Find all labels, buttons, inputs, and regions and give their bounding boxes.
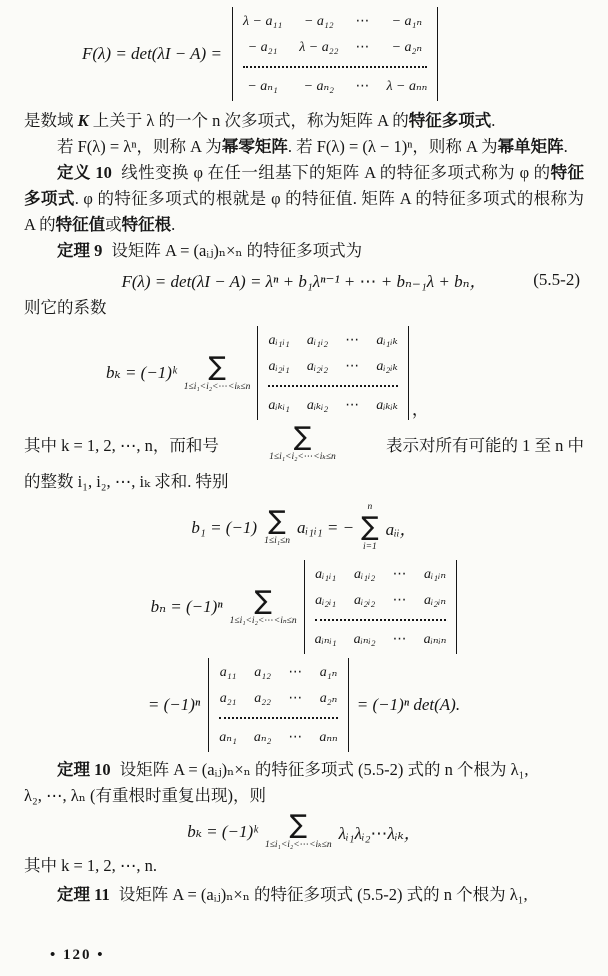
matrix-cell: λ − a₁₁	[243, 14, 282, 30]
matrix-cell: aᵢ₂ᵢ₂	[307, 359, 328, 375]
matrix-cell: − aₙ₁	[247, 78, 278, 95]
definition-10-text: 或	[105, 215, 122, 234]
matrix-cell: ⋯	[393, 566, 407, 583]
matrix-cell: a₂ₙ	[320, 690, 338, 707]
matrix-cell: ⋯	[288, 664, 302, 681]
matrix-cell: aᵢ₂ᵢ₁	[315, 593, 336, 609]
determinant-matrix-A: a₁₁ a₁₂ ⋯ a₁ₙ a₂₁ a₂₂ ⋯ a₂ₙ aₙ₁ aₙ₂ ⋯ aₙ…	[208, 658, 348, 752]
matrix-cell: a₁₂	[254, 665, 271, 681]
matrix-ellipsis-row	[315, 619, 447, 621]
matrix-cell: ⋯	[288, 729, 302, 746]
summation-limits: i=1	[363, 542, 377, 553]
matrix-cell: aᵢ₂ᵢ₂	[354, 593, 375, 609]
matrix-cell: λ − a₂₂	[299, 40, 338, 56]
definition-10-text: 线性变换 φ 在任一组基下的矩阵 A 的特征多项式称为 φ 的	[121, 163, 551, 182]
definition-10: 定义 10线性变换 φ 在任一组基下的矩阵 A 的特征多项式称为 φ 的特征多项…	[24, 160, 584, 238]
matrix-cell: ⋯	[345, 397, 359, 414]
textbook-page: F(λ) = det(λI − A) = λ − a₁₁ − a₁₂ ⋯ − a…	[0, 0, 608, 976]
theorem-11-heading: 定理 11	[57, 885, 110, 904]
equation-rhs: = (−1)ⁿ det(A).	[357, 695, 460, 715]
sigma-icon: ∑	[294, 424, 312, 450]
matrix-cell: − a₂ₙ	[392, 39, 423, 56]
theorem-9-heading: 定理 9	[57, 241, 102, 260]
matrix-cell: ⋯	[393, 631, 407, 648]
matrix-cell: aₙ₂	[254, 729, 272, 746]
sigma-icon: ∑	[208, 354, 226, 380]
matrix-cell: a₁ₙ	[320, 664, 338, 681]
equation-lhs: bₙ = (−1)ⁿ	[151, 597, 223, 617]
summation: ∑ 1≤i₁<i₂<⋯<iₙ≤n	[230, 588, 297, 627]
equation-bk-roots: bₖ = (−1)ᵏ ∑ 1≤i₁<i₂<⋯<iₖ≤n λᵢ₁λᵢ₂⋯λᵢₖ，	[0, 812, 608, 851]
matrix-cell: aᵢ₂ᵢₙ	[424, 592, 446, 609]
matrix-cell: aᵢₖᵢₖ	[376, 397, 398, 414]
paragraph-sum-note-line2: 的整数 i₁, i₂, ⋯, iₖ 求和. 特别	[24, 469, 584, 495]
intro-text: 是数域	[24, 111, 78, 130]
matrix-cell: − a₂₁	[248, 40, 278, 56]
field-symbol: K	[78, 111, 89, 130]
summation-limits: 1≤i₁<i₂<⋯<iₖ≤n	[269, 452, 336, 463]
equation-tag: (5.5-2)	[533, 270, 580, 290]
matrix-cell: ⋯	[355, 13, 369, 30]
summation: ∑ 1≤i₁<i₂<⋯<iₖ≤n	[269, 424, 336, 463]
summation: n ∑ i=1	[361, 502, 379, 553]
nilpotent-text: . 若 F(λ) = (λ − 1)ⁿ，则称 A 为	[288, 137, 498, 156]
equation-lhs: b₁ = (−1)	[191, 518, 257, 538]
matrix-cell: λ − aₙₙ	[386, 78, 427, 95]
theorem-9-text: 设矩阵 A = (aᵢⱼ)ₙ×ₙ 的特征多项式为	[111, 241, 362, 260]
equation-lhs: bₖ = (−1)ᵏ	[187, 822, 258, 842]
equation-det-A: = (−1)ⁿ a₁₁ a₁₂ ⋯ a₁ₙ a₂₁ a₂₂ ⋯ a₂ₙ aₙ₁ …	[0, 658, 608, 752]
matrix-cell: a₂₂	[254, 691, 271, 707]
matrix-cell: a₁₁	[220, 665, 237, 681]
theorem-10-line2: λ₂, ⋯, λₙ (有重根时重复出现)，则	[24, 783, 584, 809]
equation-body: F(λ) = det(λI − A) = λⁿ + b₁λⁿ⁻¹ + ⋯ + b…	[121, 267, 486, 292]
intro-text: 上关于 λ 的一个 n 次多项式，称为矩阵 A 的	[89, 111, 409, 130]
summation-limits: 1≤i₁<i₂<⋯<iₙ≤n	[230, 616, 297, 627]
matrix-cell: a₂₁	[220, 691, 237, 707]
theorem-10-text: λ₂, ⋯, λₙ (有重根时重复出现)，则	[24, 786, 266, 805]
summation-limits: 1≤i₁<i₂<⋯<iₖ≤n	[184, 382, 251, 393]
matrix-cell: aᵢₙᵢ₂	[354, 631, 376, 648]
equation-lhs: F(λ) = det(λI − A) =	[82, 44, 222, 64]
theorem-9: 定理 9设矩阵 A = (aᵢⱼ)ₙ×ₙ 的特征多项式为	[24, 238, 584, 264]
equation-lhs: = (−1)ⁿ	[148, 695, 200, 715]
paragraph-nilpotent: 若 F(λ) = λⁿ，则称 A 为幂零矩阵. 若 F(λ) = (λ − 1)…	[24, 134, 584, 160]
matrix-cell: aᵢ₁ᵢ₁	[269, 333, 290, 349]
matrix-ellipsis-row	[268, 385, 397, 387]
matrix-ellipsis-row	[243, 66, 427, 68]
matrix-cell: − a₁ₙ	[392, 13, 423, 30]
matrix-cell: aᵢ₁ᵢ₂	[307, 333, 328, 349]
equation-b1: b₁ = (−1) ∑ 1≤i₁≤n aᵢ₁ᵢ₁ = − n ∑ i=1 aᵢᵢ…	[0, 502, 608, 553]
summation: ∑ 1≤i₁<i₂<⋯<iₖ≤n	[265, 812, 332, 851]
term-characteristic-root: 特征根	[122, 215, 172, 234]
matrix-cell: aₙₙ	[319, 729, 337, 746]
theorem-10-heading: 定理 10	[57, 760, 111, 779]
sum-note-text: 其中 k = 1, 2, ⋯, n，而和号	[24, 432, 219, 456]
matrix-cell: − a₁₂	[304, 14, 334, 30]
matrix-cell: ⋯	[345, 332, 359, 349]
matrix-cell: aᵢ₁ᵢₖ	[376, 332, 397, 349]
paragraph-intro: 是数域 K 上关于 λ 的一个 n 次多项式，称为矩阵 A 的特征多项式.	[24, 108, 584, 134]
equation-bk: bₖ = (−1)ᵏ ∑ 1≤i₁<i₂<⋯<iₖ≤n aᵢ₁ᵢ₁ aᵢ₁ᵢ₂ …	[0, 326, 608, 420]
determinant-matrix-bn: aᵢ₁ᵢ₁ aᵢ₁ᵢ₂ ⋯ aᵢ₁ᵢₙ aᵢ₂ᵢ₁ aᵢ₂ᵢ₂ ⋯ aᵢ₂ᵢₙ …	[304, 560, 458, 654]
summation-limits: 1≤i₁≤n	[264, 536, 290, 547]
matrix-cell: aₙ₁	[219, 729, 237, 746]
theorem-10-text: 设矩阵 A = (aᵢⱼ)ₙ×ₙ 的特征多项式 (5.5-2) 式的 n 个根为…	[120, 760, 529, 779]
matrix-cell: aᵢₖᵢ₂	[307, 397, 328, 414]
matrix-cell: aᵢ₁ᵢ₂	[354, 567, 375, 583]
sigma-icon: ∑	[254, 588, 272, 614]
theorem-10-line1: 定理 10设矩阵 A = (aᵢⱼ)ₙ×ₙ 的特征多项式 (5.5-2) 式的 …	[24, 757, 584, 783]
k-range-text: 其中 k = 1, 2, ⋯, n.	[24, 856, 157, 875]
equation-characteristic-polynomial: F(λ) = det(λI − A) = λ − a₁₁ − a₁₂ ⋯ − a…	[0, 7, 608, 101]
equation-5-5-2: F(λ) = det(λI − A) = λⁿ + b₁λⁿ⁻¹ + ⋯ + b…	[0, 267, 608, 292]
definition-10-heading: 定义 10	[57, 163, 112, 182]
sigma-icon: ∑	[361, 514, 379, 540]
summation: ∑ 1≤i₁<i₂<⋯<iₖ≤n	[184, 354, 251, 393]
matrix-cell: ⋯	[288, 690, 302, 707]
coefficients-text: 则它的系数	[24, 298, 107, 317]
matrix-cell: − aₙ₂	[304, 78, 335, 95]
equation-comma: ，	[412, 395, 429, 420]
equation-mid: aᵢ₁ᵢ₁ = −	[297, 518, 354, 538]
matrix-cell: ⋯	[393, 592, 407, 609]
matrix-cell: ⋯	[345, 358, 359, 375]
definition-10-text: .	[171, 215, 175, 234]
term-characteristic-polynomial: 特征多项式	[409, 111, 492, 130]
equation-lhs: bₖ = (−1)ᵏ	[106, 363, 177, 383]
matrix-ellipsis-row	[219, 717, 337, 719]
matrix-cell: aᵢₖᵢ₁	[268, 397, 289, 414]
theorem-11-text: 设矩阵 A = (aᵢⱼ)ₙ×ₙ 的特征多项式 (5.5-2) 式的 n 个根为…	[119, 885, 528, 904]
equation-rhs: λᵢ₁λᵢ₂⋯λᵢₖ，	[339, 819, 421, 844]
matrix-cell: aᵢ₁ᵢₙ	[424, 566, 446, 583]
nilpotent-text: 若 F(λ) = λⁿ，则称 A 为	[57, 137, 222, 156]
equation-rhs: aᵢᵢ，	[386, 515, 417, 540]
term-eigenvalue: 特征值	[56, 215, 106, 234]
paragraph-k-range: 其中 k = 1, 2, ⋯, n.	[24, 853, 584, 879]
matrix-cell: aᵢ₂ᵢₖ	[376, 358, 397, 375]
term-unipotent-matrix: 幂单矩阵	[498, 137, 564, 156]
paragraph-sum-note-line1: 其中 k = 1, 2, ⋯, n，而和号 ∑ 1≤i₁<i₂<⋯<iₖ≤n 表…	[24, 424, 584, 463]
nilpotent-text: .	[564, 137, 568, 156]
sigma-icon: ∑	[290, 812, 308, 838]
term-nilpotent-matrix: 幂零矩阵	[222, 137, 288, 156]
equation-bn: bₙ = (−1)ⁿ ∑ 1≤i₁<i₂<⋯<iₙ≤n aᵢ₁ᵢ₁ aᵢ₁ᵢ₂ …	[0, 560, 608, 654]
matrix-cell: aᵢₙᵢₙ	[424, 631, 447, 648]
intro-text: .	[491, 111, 495, 130]
sigma-icon: ∑	[268, 508, 286, 534]
theorem-11: 定理 11设矩阵 A = (aᵢⱼ)ₙ×ₙ 的特征多项式 (5.5-2) 式的 …	[24, 882, 584, 908]
matrix-cell: aᵢₙᵢ₁	[315, 631, 337, 648]
paragraph-coefficients: 则它的系数	[24, 295, 584, 321]
page-number: • 120 •	[50, 947, 105, 964]
matrix-cell: aᵢ₁ᵢ₁	[315, 567, 336, 583]
determinant-matrix-char-poly: λ − a₁₁ − a₁₂ ⋯ − a₁ₙ − a₂₁ λ − a₂₂ ⋯ − …	[232, 7, 438, 101]
determinant-matrix-bk: aᵢ₁ᵢ₁ aᵢ₁ᵢ₂ ⋯ aᵢ₁ᵢₖ aᵢ₂ᵢ₁ aᵢ₂ᵢ₂ ⋯ aᵢ₂ᵢₖ …	[257, 326, 408, 420]
matrix-cell: ⋯	[355, 78, 369, 95]
summation: ∑ 1≤i₁≤n	[264, 508, 290, 547]
sum-note-text: 表示对所有可能的 1 至 n 中	[386, 432, 584, 456]
sum-note-text: 的整数 i₁, i₂, ⋯, iₖ 求和. 特别	[24, 472, 229, 491]
matrix-cell: aᵢ₂ᵢ₁	[269, 359, 290, 375]
matrix-cell: ⋯	[355, 39, 369, 56]
summation-limits: 1≤i₁<i₂<⋯<iₖ≤n	[265, 840, 332, 851]
